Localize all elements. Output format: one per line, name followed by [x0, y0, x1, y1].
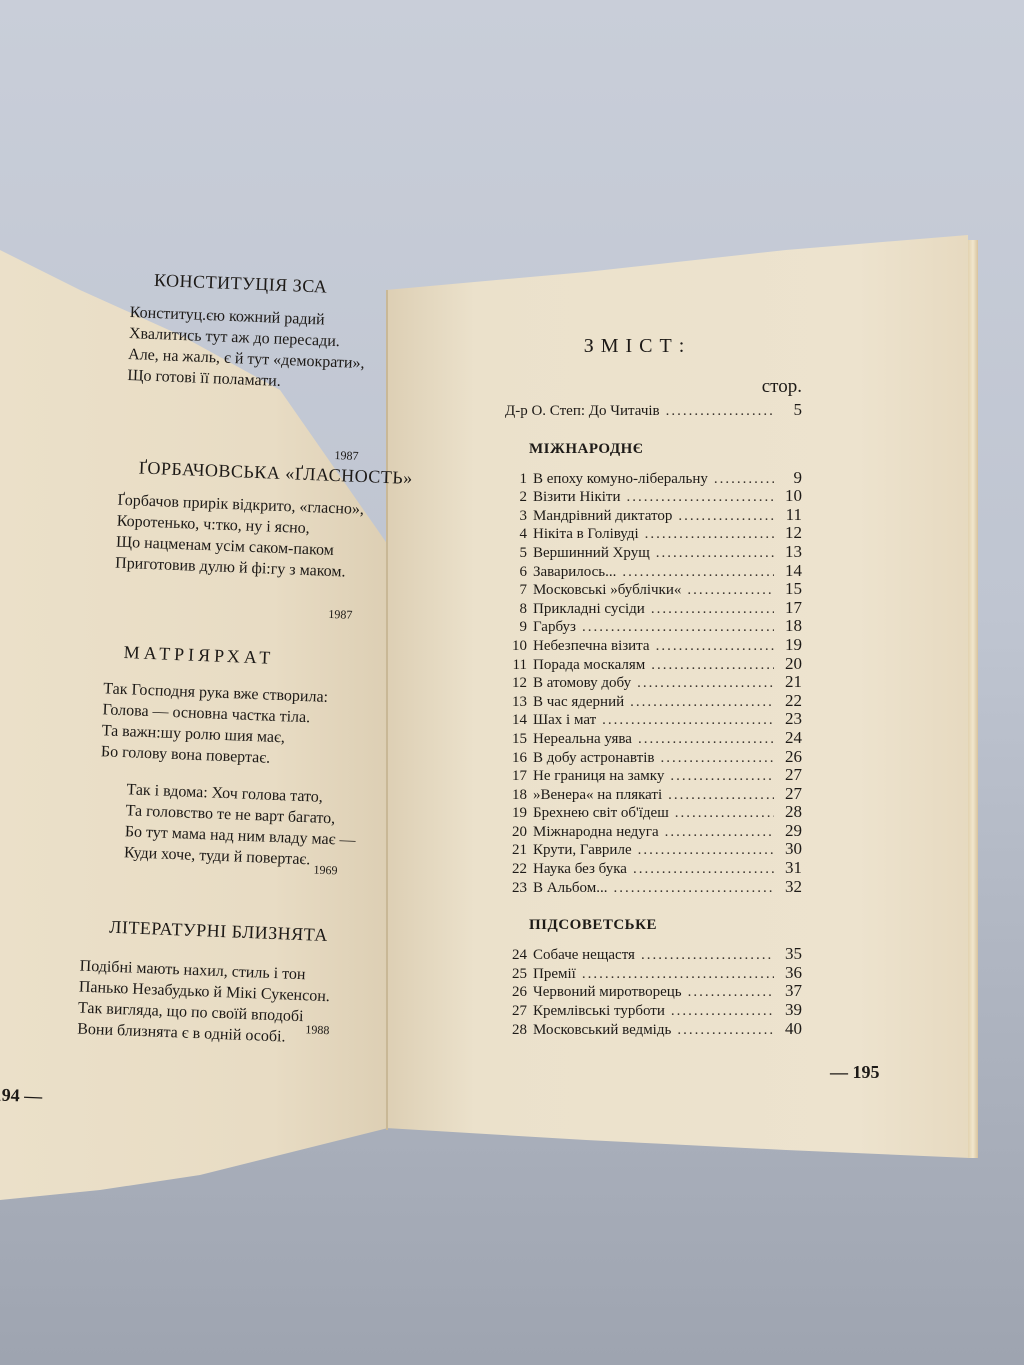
leader-dots: ........................................…: [582, 966, 774, 983]
poem-title: МАТРІЯРХАТ: [123, 642, 274, 669]
poem-year: 1988: [305, 1022, 330, 1038]
toc-row: 4Нікіта в Голівуді......................…: [505, 523, 790, 542]
toc-row: 20Міжнародна недуга.....................…: [505, 821, 790, 840]
leader-dots: ........................................…: [614, 880, 774, 897]
toc-entry-page: 30: [780, 839, 802, 859]
toc-entry-title: Шах і мат: [533, 712, 596, 729]
leader-dots: ........................................…: [656, 638, 774, 655]
toc-entry-title: Крути, Гавриле: [533, 842, 632, 859]
toc-entry-page: 26: [780, 747, 802, 767]
toc-row: 2Візити Нікіти..........................…: [505, 486, 790, 505]
toc-entry-number: 13: [505, 694, 527, 711]
leader-dots: ........................................…: [677, 1022, 774, 1039]
toc-entry-number: 4: [505, 526, 527, 543]
toc-row: 6Заварилось.............................…: [505, 561, 790, 580]
toc-entry-number: 26: [505, 984, 527, 1001]
toc-row: 28Московський ведмідь...................…: [505, 1019, 790, 1038]
toc-entry-title: Гарбуз: [533, 619, 576, 636]
toc-entry-page: 18: [780, 616, 802, 636]
poem-year: 1987: [328, 607, 353, 623]
toc-entry-number: 16: [505, 750, 527, 767]
toc-entry-page: 39: [780, 1000, 802, 1020]
leader-dots: ........................................…: [645, 526, 774, 543]
toc-entry-number: 27: [505, 1003, 527, 1020]
toc-entry-title: Вершинний Хрущ: [533, 545, 650, 562]
leader-dots: ........................................…: [714, 471, 774, 488]
leader-dots: ........................................…: [638, 731, 774, 748]
toc-row: 7Московські »бублічки«..................…: [505, 579, 790, 598]
leader-dots: ........................................…: [687, 582, 774, 599]
toc-entry-number: 15: [505, 731, 527, 748]
toc-entry-title: Міжнародна недуга: [533, 824, 659, 841]
poem-stanza: Так і вдома: Хоч голова тато, Та головст…: [124, 779, 358, 872]
toc-entry-page: 17: [780, 598, 802, 618]
toc-row: 15Нереальна уява........................…: [505, 728, 790, 747]
toc-entry-title: Порада москалям: [533, 657, 645, 674]
toc-entry-title: В добу астронавтів: [533, 750, 654, 767]
toc-row: 9Гарбуз.................................…: [505, 616, 790, 635]
leader-dots: ........................................…: [665, 824, 774, 841]
toc-entry-page: 27: [780, 765, 802, 785]
toc-entry-number: 7: [505, 582, 527, 599]
toc-entry-number: 18: [505, 787, 527, 804]
toc-entry-page: 9: [780, 468, 802, 488]
toc-entry-title: Не границя на замку: [533, 768, 664, 785]
toc-entry-title: Мандрівний диктатор: [533, 508, 672, 525]
toc-row: 27Кремлівські турботи...................…: [505, 1000, 790, 1019]
toc-entry-title: Брехнею світ об'їдеш: [533, 805, 669, 822]
toc-row: 24Собаче нещастя........................…: [505, 944, 790, 963]
toc-entry-page: 21: [780, 672, 802, 692]
toc-row: 21Крути, Гавриле........................…: [505, 839, 790, 858]
toc-entry-title: Небезпечна візита: [533, 638, 650, 655]
toc-entry-number: 12: [505, 675, 527, 692]
leader-dots: ........................................…: [656, 545, 774, 562]
toc-entry-title: Д-р О. Степ: До Читачів: [505, 403, 660, 420]
toc-title: ЗМІСТ:: [485, 335, 790, 358]
leader-dots: ........................................…: [668, 787, 774, 804]
toc-entry-page: 28: [780, 802, 802, 822]
poem-stanza: Так Господня рука вже створила: Голова —…: [101, 678, 329, 771]
toc-entry-page: 29: [780, 821, 802, 841]
toc-entry-page: 40: [780, 1019, 802, 1039]
toc-entry-page: 15: [780, 579, 802, 599]
toc-entry-page: 20: [780, 654, 802, 674]
toc-entry-title: »Венера« на плякаті: [533, 787, 662, 804]
toc-row: 22Наука без бука........................…: [505, 858, 790, 877]
toc-entry-page: 12: [780, 523, 802, 543]
toc-entry-title: В Альбом...: [533, 880, 608, 897]
leader-dots: ........................................…: [633, 861, 774, 878]
leader-dots: ........................................…: [675, 805, 774, 822]
poem-year: 1969: [313, 862, 338, 878]
toc-entry-page: 31: [780, 858, 802, 878]
leader-dots: ........................................…: [641, 947, 774, 964]
toc-section-entries: 1В епоху комуно-ліберальну..............…: [505, 468, 790, 896]
toc-entry-number: 22: [505, 861, 527, 878]
toc-entry-number: 25: [505, 966, 527, 983]
leader-dots: ........................................…: [630, 694, 774, 711]
toc-entry-page: 11: [780, 505, 802, 525]
leader-dots: ........................................…: [638, 842, 774, 859]
toc-row: 14Шах і мат.............................…: [505, 709, 790, 728]
page-number-left: 194 —: [0, 1084, 43, 1107]
toc-entry-number: 17: [505, 768, 527, 785]
page-block-edge: [968, 240, 978, 1158]
toc-entry-number: 24: [505, 947, 527, 964]
toc-entry-page: 23: [780, 709, 802, 729]
toc-entry-page: 32: [780, 877, 802, 897]
leader-dots: ........................................…: [627, 489, 775, 506]
toc-row: 11Порада москалям.......................…: [505, 654, 790, 673]
toc-row: 17Не границя на замку...................…: [505, 765, 790, 784]
leader-dots: ........................................…: [651, 657, 774, 674]
toc-entry-title: Собаче нещастя: [533, 947, 635, 964]
left-page-content: КОНСТИТУЦІЯ ЗСА Конституц.єю кожний ради…: [0, 0, 415, 1365]
poem-stanza: Ґорбачов прирік відкрито, «гласно», Коро…: [115, 490, 365, 583]
toc-entry-title: Московський ведмідь: [533, 1022, 671, 1039]
toc-entry-title: Премії: [533, 966, 576, 983]
toc-row: 8Прикладні сусіди.......................…: [505, 598, 790, 617]
toc-entry-number: 20: [505, 824, 527, 841]
poem-title: ҐОРБАЧОВСЬКА «ҐЛАСНОСТЬ»: [138, 457, 413, 489]
leader-dots: ........................................…: [582, 619, 774, 636]
toc-entry-page: 22: [780, 691, 802, 711]
toc-entry-number: 14: [505, 712, 527, 729]
toc-entry-number: 21: [505, 842, 527, 859]
toc-entry-number: 2: [505, 489, 527, 506]
poem-stanza: Подібні мають нахил, стиль і тон Панько …: [77, 956, 331, 1050]
toc-entry-title: Кремлівські турботи: [533, 1003, 665, 1020]
toc-entry-number: 23: [505, 880, 527, 897]
table-of-contents: ЗМІСТ: стор. Д-р О. Степ: До Читачів ...…: [505, 335, 790, 1037]
leader-dots: ........................................…: [670, 768, 774, 785]
toc-entry-number: 1: [505, 471, 527, 488]
leader-dots: ........................................…: [602, 712, 774, 729]
toc-entry-page: 10: [780, 486, 802, 506]
toc-entry-page: 19: [780, 635, 802, 655]
toc-entry-title: Наука без бука: [533, 861, 627, 878]
toc-entry-page: 35: [780, 944, 802, 964]
leader-dots: ........................................…: [688, 984, 774, 1001]
toc-entry-title: Прикладні сусіди: [533, 601, 645, 618]
toc-entry-title: Заварилось...: [533, 564, 616, 581]
toc-entry-number: 8: [505, 601, 527, 618]
toc-entry-title: В епоху комуно-ліберальну: [533, 471, 708, 488]
toc-section-heading: МІЖНАРОДНЄ: [529, 441, 790, 458]
toc-entry-page: 14: [780, 561, 802, 581]
toc-entry-number: 5: [505, 545, 527, 562]
toc-row: 23В Альбом..............................…: [505, 877, 790, 896]
leader-dots: ........................................…: [666, 403, 774, 420]
page-number-right: — 195: [830, 1062, 880, 1083]
toc-section-heading: ПІДСОВЕТСЬКЕ: [529, 917, 790, 934]
toc-row: 10Небезпечна візита.....................…: [505, 635, 790, 654]
toc-entry-number: 9: [505, 619, 527, 636]
toc-entry-page: 36: [780, 963, 802, 983]
toc-row: 13В час ядерний.........................…: [505, 691, 790, 710]
toc-row: 26Червоний миротворець..................…: [505, 981, 790, 1000]
leader-dots: ........................................…: [622, 564, 774, 581]
toc-row: 5Вершинний Хрущ.........................…: [505, 542, 790, 561]
toc-entry-page: 13: [780, 542, 802, 562]
leader-dots: ........................................…: [637, 675, 774, 692]
toc-entry-number: 28: [505, 1022, 527, 1039]
toc-entry-number: 11: [505, 657, 527, 674]
toc-entry-number: 6: [505, 564, 527, 581]
poem-year: 1987: [334, 448, 359, 464]
leader-dots: ........................................…: [651, 601, 774, 618]
leader-dots: ........................................…: [678, 508, 774, 525]
toc-entry-title: Візити Нікіти: [533, 489, 621, 506]
toc-entry-number: 10: [505, 638, 527, 655]
toc-entry-title: Нікіта в Голівуді: [533, 526, 639, 543]
toc-entry-number: 19: [505, 805, 527, 822]
poem-stanza: Конституц.єю кожний радий Хвалитись тут …: [127, 302, 367, 395]
toc-row: 3Мандрівний диктатор....................…: [505, 505, 790, 524]
toc-entry-page: 27: [780, 784, 802, 804]
toc-row: 25Премії................................…: [505, 963, 790, 982]
toc-entry-page: 5: [780, 400, 802, 420]
toc-section-entries: 24Собаче нещастя........................…: [505, 944, 790, 1037]
leader-dots: ........................................…: [671, 1003, 774, 1020]
toc-entry-title: В час ядерний: [533, 694, 624, 711]
toc-row: 18»Венера« на плякаті...................…: [505, 784, 790, 803]
toc-row: 12В атомову добу........................…: [505, 672, 790, 691]
toc-entry-title: Московські »бублічки«: [533, 582, 681, 599]
poem-title: ЛІТЕРАТУРНІ БЛИЗНЯТА: [109, 917, 328, 946]
toc-entry-page: 24: [780, 728, 802, 748]
page-column-label: стор.: [505, 376, 802, 398]
toc-entry-title: Нереальна уява: [533, 731, 632, 748]
poem-title: КОНСТИТУЦІЯ ЗСА: [154, 270, 328, 298]
toc-entry-title: Червоний миротворець: [533, 984, 682, 1001]
toc-row: 1В епоху комуно-ліберальну..............…: [505, 468, 790, 487]
toc-entry-number: 3: [505, 508, 527, 525]
toc-row: Д-р О. Степ: До Читачів ................…: [505, 400, 790, 419]
leader-dots: ........................................…: [660, 750, 774, 767]
toc-row: 19Брехнею світ об'їдеш..................…: [505, 802, 790, 821]
toc-entry-title: В атомову добу: [533, 675, 631, 692]
toc-entry-page: 37: [780, 981, 802, 1001]
toc-row: 16В добу астронавтів....................…: [505, 747, 790, 766]
